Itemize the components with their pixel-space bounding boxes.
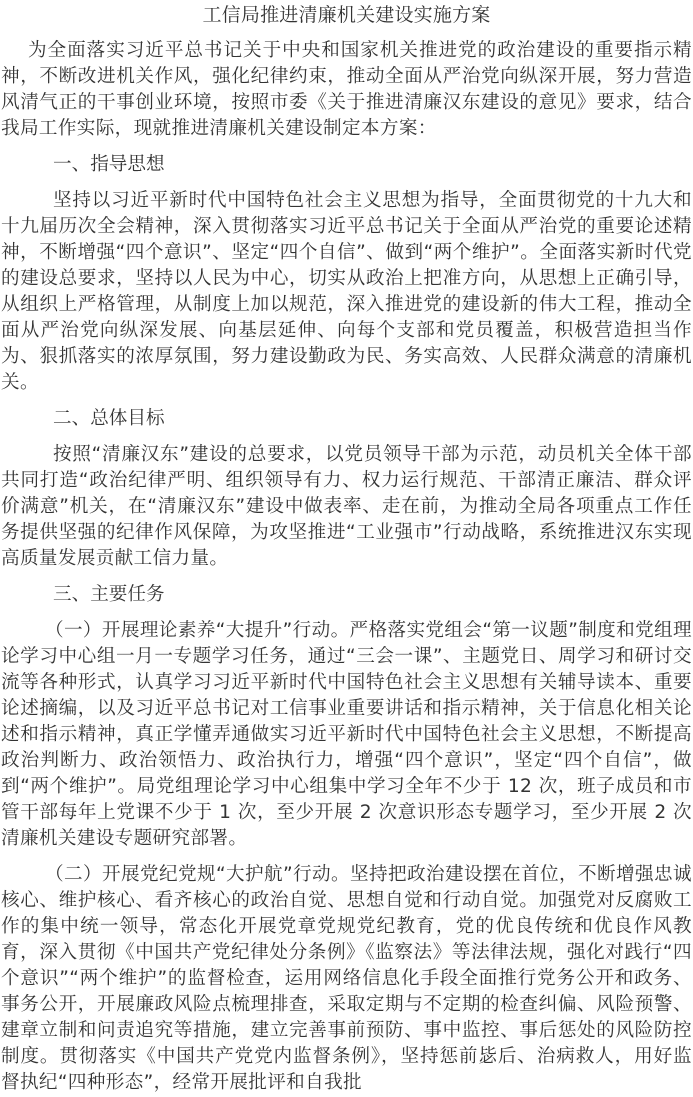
intro-paragraph: 为全面落实习近平总书记关于中央和国家机关推进党的政治建设的重要指示精神，不断改进… — [1, 38, 692, 142]
section-heading: 一、指导思想 — [1, 152, 692, 178]
section-heading: 二、总体目标 — [1, 406, 692, 432]
task-item: （一）开展理论素养“大提升”行动。严格落实党组会“第一议题”制度和党组理论学习中… — [1, 618, 692, 852]
section-guiding-ideology: 一、指导思想 坚持以习近平新时代中国特色社会主义思想为指导，全面贯彻党的十九大和… — [1, 152, 692, 396]
section-heading: 三、主要任务 — [1, 582, 692, 608]
task-item: （二）开展党纪党规“大护航”行动。坚持把政治建设摆在首位，不断增强忠诚核心、维护… — [1, 862, 692, 1096]
section-paragraph: 按照“清廉汉东”建设的总要求，以党员领导干部为示范，动员机关全体干部共同打造“政… — [1, 442, 692, 572]
section-paragraph: 坚持以习近平新时代中国特色社会主义思想为指导，全面贯彻党的十九大和十九届历次全会… — [1, 188, 692, 396]
section-overall-goal: 二、总体目标 按照“清廉汉东”建设的总要求，以党员领导干部为示范，动员机关全体干… — [1, 406, 692, 572]
document: 工信局推进清廉机关建设实施方案 为全面落实习近平总书记关于中央和国家机关推进党的… — [0, 2, 693, 1096]
section-main-tasks: 三、主要任务 （一）开展理论素养“大提升”行动。严格落实党组会“第一议题”制度和… — [1, 582, 692, 1096]
document-title: 工信局推进清廉机关建设实施方案 — [1, 2, 692, 28]
